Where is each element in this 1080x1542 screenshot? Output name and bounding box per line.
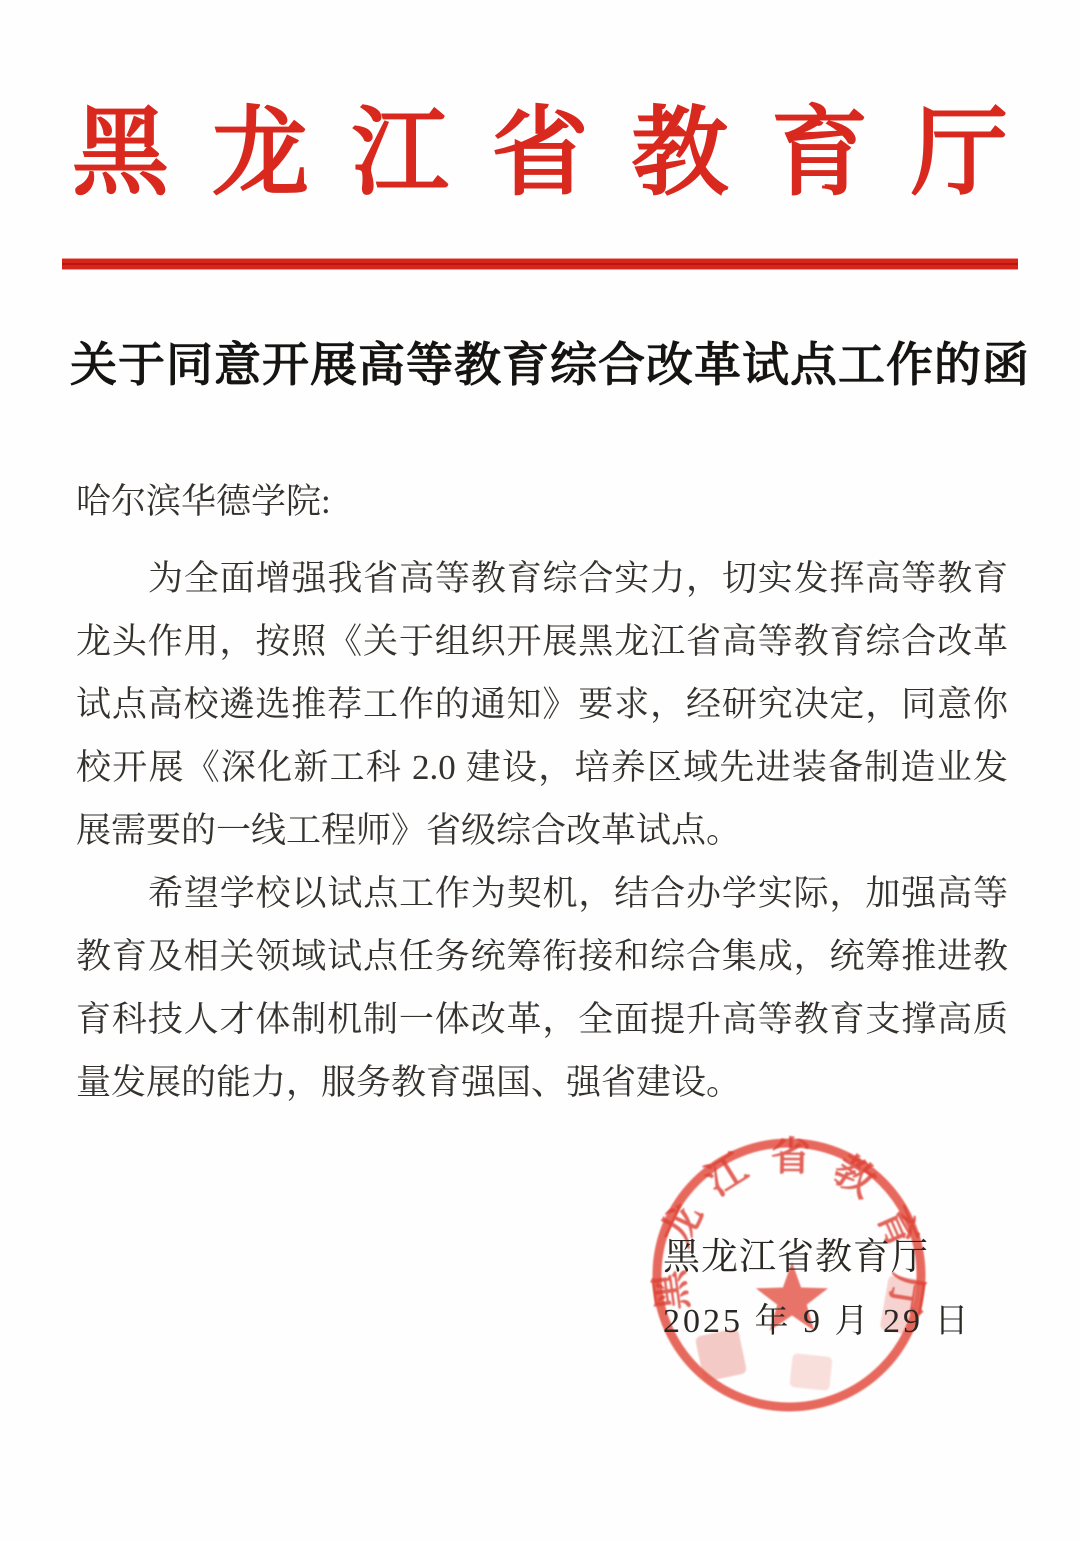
salutation: 哈尔滨华德学院: [76,470,1008,533]
letter-body: 哈尔滨华德学院: 为全面增强我省高等教育综合实力，切实发挥高等教育 龙头作用，按… [76,470,1008,1114]
body-line: 试点高校遴选推荐工作的通知》要求，经研究决定，同意你 [76,673,1008,736]
body-line: 希望学校以试点工作为契机，结合办学实际，加强高等 [76,862,1008,925]
body-line: 教育及相关领域试点任务统筹衔接和综合集成，统筹推进教 [76,925,1008,988]
body-line: 育科技人才体制机制一体改革，全面提升高等教育支撑高质 [76,988,1008,1051]
letterhead-agency-name: 黑龙江省教育厅 [72,96,1008,212]
body-line: 量发展的能力，服务教育强国、强省建设。 [76,1051,1008,1114]
body-line: 展需要的一线工程师》省级综合改革试点。 [76,799,1008,862]
body-line: 校开展《深化新工科 2.0 建设，培养区域先进装备制造业发 [76,736,1008,799]
body-line: 龙头作用，按照《关于组织开展黑龙江省高等教育综合改革 [76,610,1008,673]
signature-date: 2025 年 9 月 29 日 [663,1302,972,1342]
document-page: 黑龙江省教育厅 关于同意开展高等教育综合改革试点工作的函 哈尔滨华德学院: 为全… [0,0,1080,1542]
signature-block: 黑龙江省教育厅 2025 年 9 月 29 日 [663,1236,972,1342]
document-title: 关于同意开展高等教育综合改革试点工作的函 [70,336,1010,396]
body-line: 为全面增强我省高等教育综合实力，切实发挥高等教育 [76,547,1008,610]
signature-agency: 黑龙江省教育厅 [663,1236,972,1280]
seal-ghost-mark [789,1353,832,1391]
letterhead-rule [62,258,1018,270]
